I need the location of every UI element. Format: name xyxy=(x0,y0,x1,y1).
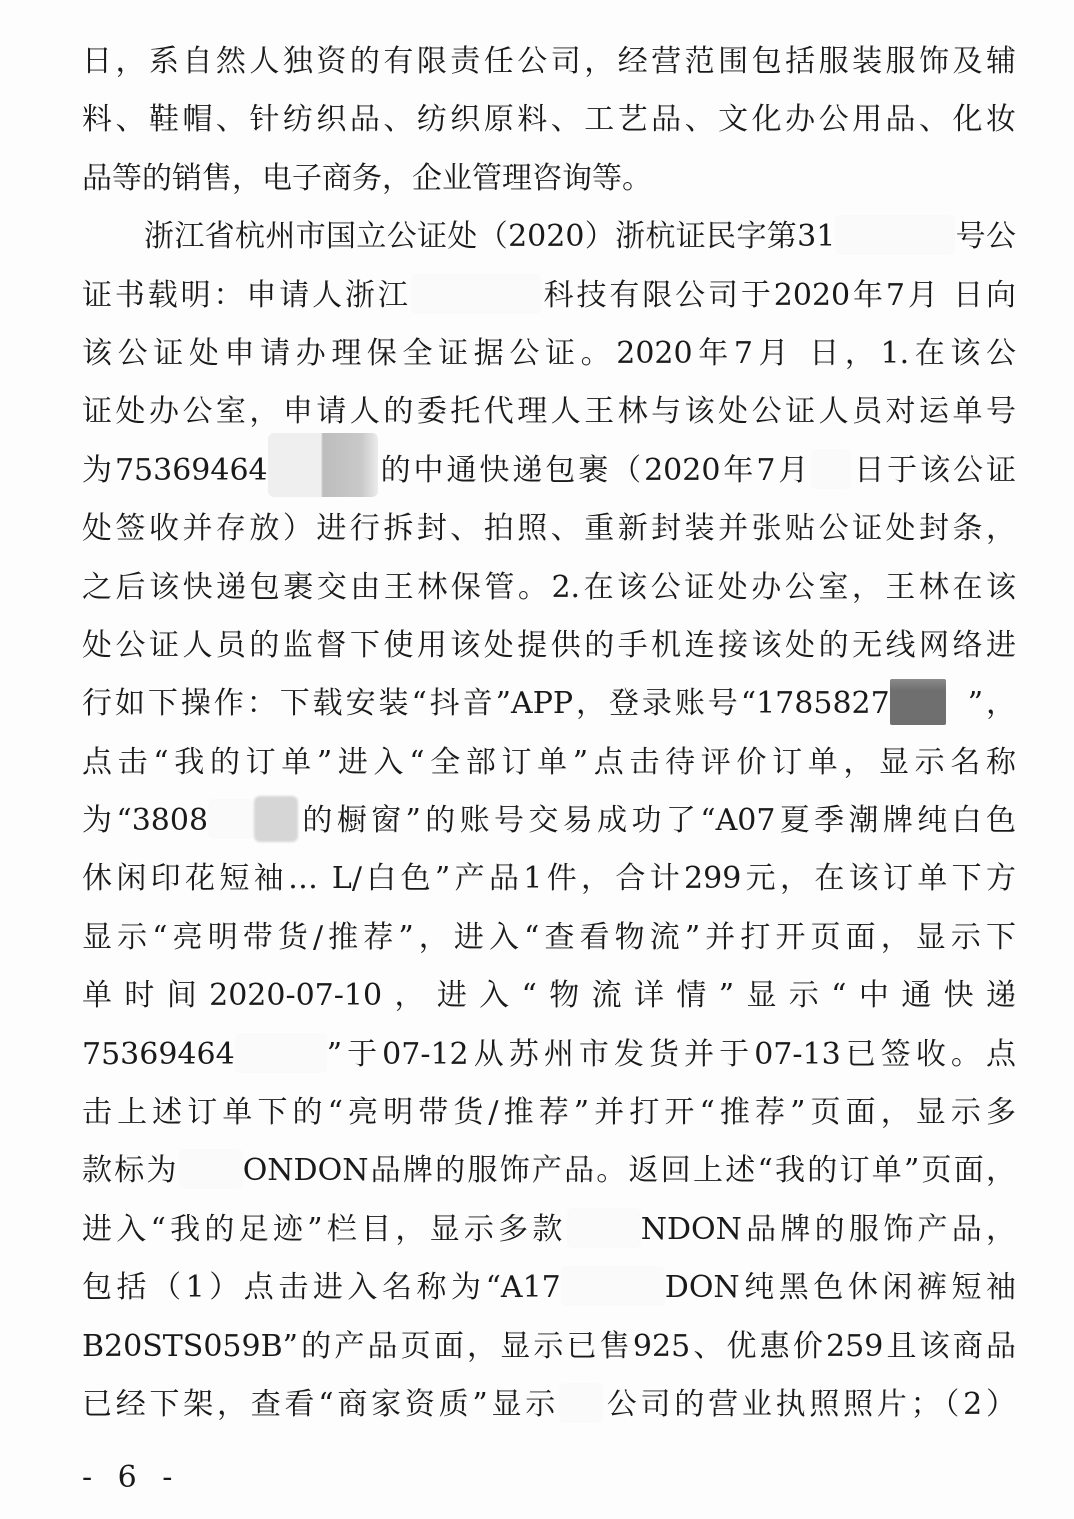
text-line: 为“3808的橱窗”的账号交易成功了“A07夏季潮牌纯白色 xyxy=(82,792,1016,850)
text-line: 品等的销售，电子商务，企业管理咨询等。 xyxy=(82,150,1016,208)
text-line: 已经下架，查看“商家资质”显示公司的营业执照照片；（2） xyxy=(82,1376,1016,1434)
redaction-block xyxy=(811,449,851,489)
text-line: 之后该快递包裹交由王林保管。2.在该公证处办公室，王林在该 xyxy=(82,559,1016,617)
text-segment: ONDON品牌的服饰产品。返回上述“我的订单”页面， xyxy=(243,1153,1016,1188)
text-line: 点击“我的订单”进入“全部订单”点击待评价订单，显示名称 xyxy=(82,734,1016,792)
text-line: 料、鞋帽、针纺织品、纺织原料、工艺品、文化办公用品、化妆 xyxy=(82,91,1016,149)
text-line: 款标为ONDON品牌的服饰产品。返回上述“我的订单”页面， xyxy=(82,1142,1016,1200)
text-line: 行如下操作：下载安装“抖音”APP，登录账号“1785827”， xyxy=(82,675,1016,733)
text-segment: NDON品牌的服饰产品， xyxy=(641,1212,1016,1247)
text-line: 单时间2020-07-10，进入“物流详情”显示“中通快递 xyxy=(82,967,1016,1025)
redaction-block xyxy=(411,274,541,314)
text-line: 证处办公室，申请人的委托代理人王林与该处公证人员对运单号 xyxy=(82,383,1016,441)
text-segment: 号公 xyxy=(955,219,1016,254)
document-body: 日，系自然人独资的有限责任公司，经营范围包括服装服饰及辅 料、鞋帽、针纺织品、纺… xyxy=(82,33,1016,1434)
text-line: 75369464”于07-12从苏州市发货并于07-13已签收。点 xyxy=(82,1026,1016,1084)
redaction-block xyxy=(254,796,298,842)
text-line: 为75369464的中通快递包裹（2020年7月日于该公证 xyxy=(82,442,1016,500)
text-segment: DON纯黑色休闲裤短袖 xyxy=(665,1270,1016,1305)
redaction-block xyxy=(835,215,955,255)
redaction-block xyxy=(179,1149,243,1189)
redaction-block xyxy=(235,1033,327,1073)
text-line: 日，系自然人独资的有限责任公司，经营范围包括服装服饰及辅 xyxy=(82,33,1016,91)
text-line: 处签收并存放）进行拆封、拍照、重新封装并张贴公证处封条， xyxy=(82,500,1016,558)
redaction-block xyxy=(567,1208,641,1248)
text-line: 浙江省杭州市国立公证处（2020）浙杭证民字第31号公 xyxy=(82,208,1016,266)
text-segment: 进入“我的足迹”栏目，显示多款 xyxy=(82,1212,567,1247)
text-segment: ”， xyxy=(968,686,1016,721)
text-line: 休闲印花短袖… L/白色”产品1件，合计299元，在该订单下方 xyxy=(82,850,1016,908)
text-line: 证书载明：申请人浙江科技有限公司于2020年7月 日向 xyxy=(82,267,1016,325)
text-segment: 的中通快递包裹（2020年7月 xyxy=(378,453,812,488)
text-segment: 公司的营业执照照片；（2） xyxy=(603,1387,1016,1422)
text-line: 该公证处申请办理保全证据公证。2020年7月 日，1.在该公 xyxy=(82,325,1016,383)
page-number: - 6 - xyxy=(82,1458,180,1498)
text-line: 显示“亮明带货/推荐”，进入“查看物流”并打开页面，显示下 xyxy=(82,909,1016,967)
text-line: B20STS059B”的产品页面，显示已售925、优惠价259且该商品 xyxy=(82,1318,1016,1376)
text-line: 进入“我的足迹”栏目，显示多款NDON品牌的服饰产品， xyxy=(82,1201,1016,1259)
text-segment: 科技有限公司于2020年7月 日向 xyxy=(541,278,1016,313)
text-segment: 日于该公证 xyxy=(851,453,1016,488)
text-segment: 浙江省杭州市国立公证处（2020）浙杭证民字第31 xyxy=(144,219,835,254)
text-segment: 包括（1）点击进入名称为“A17 xyxy=(82,1270,561,1305)
text-segment: 款标为 xyxy=(82,1153,179,1188)
text-segment: 为“3808 xyxy=(82,803,208,838)
redaction-block xyxy=(890,679,946,725)
redaction-block xyxy=(208,799,254,839)
text-segment: ”于07-12从苏州市发货并于07-13已签收。点 xyxy=(327,1037,1016,1072)
text-segment: 为75369464 xyxy=(82,453,268,488)
text-segment: 证书载明：申请人浙江 xyxy=(82,278,411,313)
document-page: 日，系自然人独资的有限责任公司，经营范围包括服装服饰及辅 料、鞋帽、针纺织品、纺… xyxy=(0,0,1074,1519)
text-segment: 的橱窗”的账号交易成功了“A07夏季潮牌纯白色 xyxy=(298,803,1016,838)
redaction-block xyxy=(268,433,378,497)
text-segment: 75369464 xyxy=(82,1037,235,1072)
text-line: 包括（1）点击进入名称为“A17DON纯黑色休闲裤短袖 xyxy=(82,1259,1016,1317)
text-line: 击上述订单下的“亮明带货/推荐”并打开“推荐”页面，显示多 xyxy=(82,1084,1016,1142)
text-segment: 已经下架，查看“商家资质”显示 xyxy=(82,1387,559,1422)
text-segment: 行如下操作：下载安装“抖音”APP，登录账号“1785827 xyxy=(82,686,890,721)
redaction-block xyxy=(559,1383,603,1423)
text-line: 处公证人员的监督下使用该处提供的手机连接该处的无线网络进 xyxy=(82,617,1016,675)
redaction-block xyxy=(561,1266,665,1306)
